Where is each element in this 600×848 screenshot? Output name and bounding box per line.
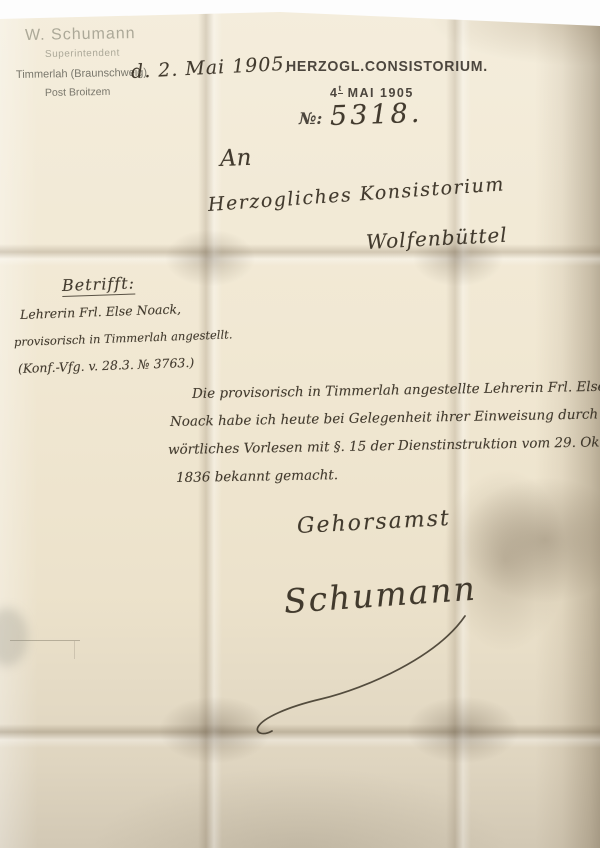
subject-heading: Betrifft: bbox=[62, 273, 136, 297]
receipt-stamp-number: 5318. bbox=[329, 98, 422, 132]
letterhead-post-office: Post Broitzem bbox=[45, 86, 111, 99]
receipt-stamp-number-label: №: bbox=[299, 109, 322, 128]
closing-word: Gehorsamst bbox=[296, 506, 451, 539]
address-salutation: An bbox=[220, 145, 252, 172]
handwritten-date: d. 2. Mai 1905, bbox=[130, 53, 292, 83]
signature-flourish-icon bbox=[225, 602, 485, 742]
receipt-stamp-day-suffix: t bbox=[338, 84, 342, 94]
letterhead-sender-name: W. Schumann bbox=[25, 25, 136, 45]
letterhead-sender-title: Superintendent bbox=[45, 48, 120, 60]
body-line-2: Noack habe ich heute bei Gelegenheit ihr… bbox=[170, 407, 598, 430]
body-line-4: 1836 bekannt gemacht. bbox=[176, 467, 338, 486]
address-place: Wolfenbüttel bbox=[365, 223, 508, 254]
subject-reference: (Konf.-Vfg. v. 28.3. № 3763.) bbox=[18, 355, 195, 376]
body-line-3: wörtliches Vorlesen mit §. 15 der Dienst… bbox=[168, 434, 600, 458]
body-line-1: Die provisorisch in Timmerlah angestellt… bbox=[192, 379, 600, 402]
receipt-stamp-office: HERZOGL.CONSISTORIUM. bbox=[286, 58, 488, 75]
scanned-letter-page: W. Schumann Superintendent Timmerlah (Br… bbox=[0, 0, 600, 848]
address-recipient: Herzogliches Konsistorium bbox=[207, 173, 505, 216]
letter-paper: W. Schumann Superintendent Timmerlah (Br… bbox=[0, 0, 600, 848]
pencil-mark-vertical bbox=[74, 641, 75, 659]
ink-smudge bbox=[0, 608, 28, 666]
subject-line-2: provisorisch in Timmerlah angestellt. bbox=[14, 327, 233, 349]
letterhead-location: Timmerlah (Braunschweig) bbox=[16, 67, 147, 81]
subject-line-1: Lehrerin Frl. Else Noack, bbox=[20, 301, 182, 322]
